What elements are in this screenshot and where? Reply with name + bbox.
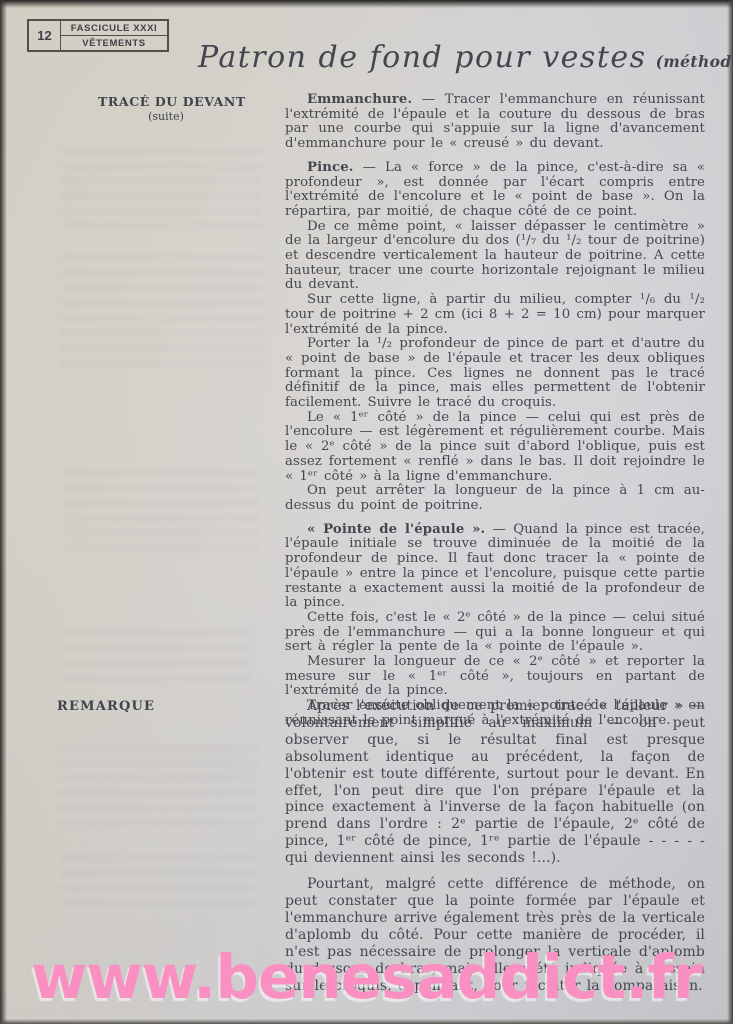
photo-edge-left	[0, 0, 7, 1024]
title-main: Patron de fond pour vestes	[198, 40, 647, 75]
paragraph: Sur cette ligne, à partir du milieu, com…	[285, 293, 705, 337]
bleed-through-text	[60, 855, 255, 915]
paragraph-text: Mesurer la longueur de ce « 2ᵉ côté » et…	[285, 654, 705, 698]
paragraph-text: Cette fois, c'est le « 2ᵉ côté » de la p…	[285, 610, 705, 654]
paragraph-text: Porter la ¹/₂ profondeur de pince de par…	[285, 336, 705, 410]
bleed-through-text	[60, 630, 250, 685]
paragraph: On peut arrêter la longueur de la pince …	[285, 484, 705, 513]
issue-labels: FASCICULE XXXI VÊTEMENTS	[61, 21, 167, 50]
scanned-document-page: 12 FASCICULE XXXI VÊTEMENTS Patron de fo…	[0, 0, 733, 1024]
paragraph: De ce même point, « laisser dépasser le …	[285, 220, 705, 294]
bleed-through-text	[62, 148, 262, 233]
body-text-main: Emmanchure. — Tracer l'emmanchure en réu…	[285, 93, 705, 729]
margin-heading-trace-du-devant: TRACÉ DU DEVANT (suite)	[98, 94, 234, 123]
paragraph-text: On peut arrêter la longueur de la pince …	[285, 483, 705, 513]
page-title: Patron de fond pour vestes (méthode tail…	[198, 40, 718, 75]
paragraph-text: Sur cette ligne, à partir du milieu, com…	[285, 292, 705, 336]
photo-edge-right	[727, 0, 733, 1024]
paragraph: Le « 1ᵉʳ côté » de la pince — celui qui …	[285, 411, 705, 485]
paragraph: Après l'exécution de ce premier tracé « …	[285, 698, 705, 867]
section-heading: TRACÉ DU DEVANT	[98, 94, 234, 109]
section-subheading: (suite)	[98, 110, 234, 123]
photo-edge-bottom	[0, 1019, 733, 1024]
paragraph: Porter la ¹/₂ profondeur de pince de par…	[285, 337, 705, 411]
photo-edge-top	[0, 0, 733, 8]
paragraph: Emmanchure. — Tracer l'emmanchure en réu…	[285, 93, 705, 152]
paragraph-text: De ce même point, « laisser dépasser le …	[285, 219, 705, 293]
bleed-through-text	[58, 745, 258, 825]
paragraph: Pince. — La « force » de la pince, c'est…	[285, 161, 705, 220]
paragraph-text: Le « 1ᵉʳ côté » de la pince — celui qui …	[285, 410, 705, 484]
paragraph: « Pointe de l'épaule ». — Quand la pince…	[285, 523, 705, 611]
paragraph-lead: Pince.	[307, 160, 354, 175]
bleed-through-text	[64, 470, 259, 560]
paragraph-lead: « Pointe de l'épaule ».	[307, 522, 485, 537]
watermark-url: www.benesaddict.fr	[0, 942, 733, 1013]
paragraph: Cette fois, c'est le « 2ᵉ côté » de la p…	[285, 611, 705, 655]
paragraph-text: Après l'exécution de ce premier tracé « …	[285, 698, 705, 866]
category-label: VÊTEMENTS	[61, 36, 167, 50]
paragraph-lead: Emmanchure.	[307, 92, 412, 107]
bleed-through-text	[60, 255, 265, 375]
issue-info-box: 12 FASCICULE XXXI VÊTEMENTS	[27, 19, 169, 52]
fascicule-label: FASCICULE XXXI	[61, 21, 167, 36]
page-number: 12	[29, 21, 61, 50]
margin-heading-remarque: REMARQUE	[57, 699, 155, 714]
paragraph: Mesurer la longueur de ce « 2ᵉ côté » et…	[285, 655, 705, 699]
title-suffix: (méthode tailleur, suite)	[656, 52, 733, 71]
